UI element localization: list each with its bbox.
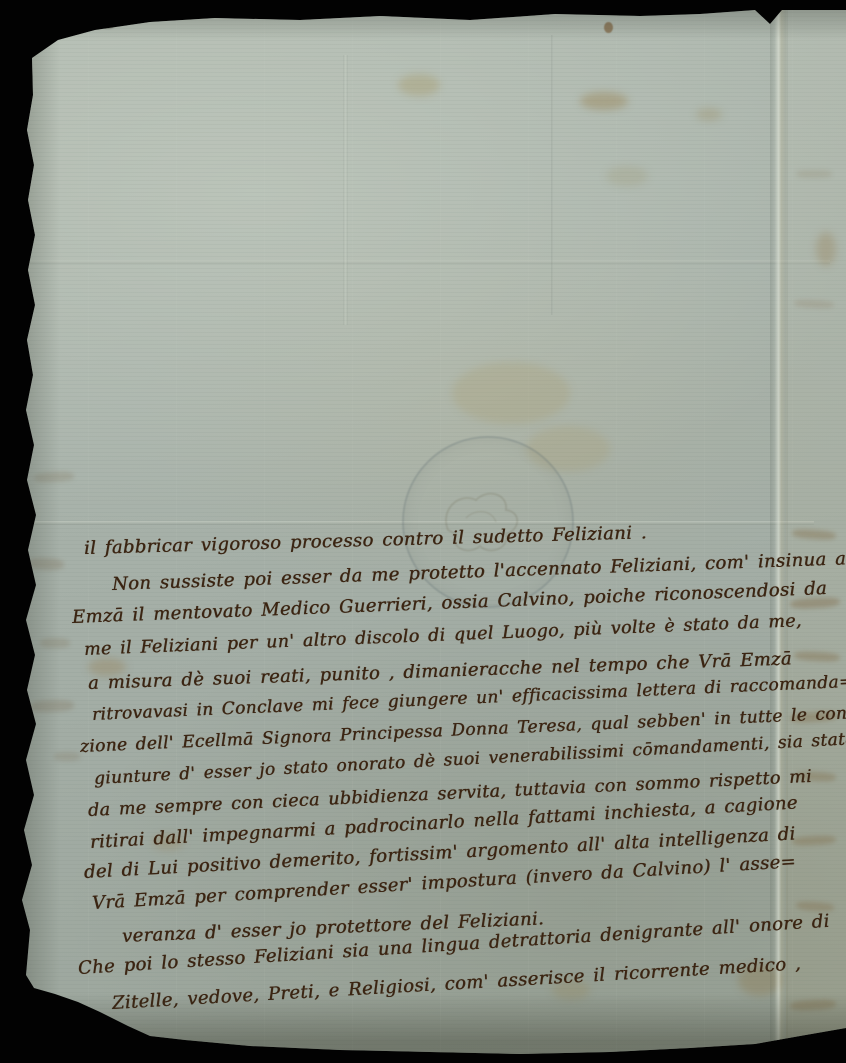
letter-sheet: il fabbricar vigoroso processo contro il…: [0, 0, 846, 1063]
bleedthrough-mark: [30, 699, 74, 713]
bleedthrough-mark: [796, 901, 835, 913]
paper-stain: [452, 362, 570, 424]
bleedthrough-mark: [792, 835, 836, 846]
manuscript-line: Zitelle, vedove, Preti, e Religiosi, com…: [111, 953, 801, 1014]
bleedthrough-mark: [794, 651, 840, 662]
bleedthrough-mark: [40, 638, 70, 648]
vertical-crease: [551, 35, 554, 315]
faint-embossed-circular-seal-icon: [402, 436, 574, 608]
bleedthrough-mark: [28, 557, 64, 570]
manuscript-line: ritrovavasi in Conclave mi fece giungere…: [92, 672, 846, 725]
adjacent-leaf-sliver: [786, 10, 846, 1050]
manuscript-line: me il Feliziani per un' altro discolo di…: [84, 611, 803, 660]
paper-stain: [526, 426, 610, 472]
manuscript-line: a misura dè suoi reati, punito , dimanie…: [88, 648, 793, 694]
manuscript-line: del di Lui positivo demerito, fortissim'…: [83, 823, 796, 883]
manuscript-line: Che poi lo stesso Feliziani sia una ling…: [77, 911, 830, 979]
bleedthrough-mark: [34, 471, 74, 483]
bleedthrough-mark: [790, 999, 836, 1011]
manuscript-line: Non sussiste poi esser da me protetto l'…: [112, 547, 846, 595]
vertical-crease: [343, 55, 348, 325]
bleedthrough-mark: [796, 771, 836, 782]
paper-stain: [580, 92, 628, 110]
manuscript-line: zione dell' Ecellmā Signora Principessa …: [80, 703, 846, 757]
bleedthrough-mark: [54, 752, 80, 761]
paper-stain: [398, 74, 440, 96]
manuscript-line: giunture d' esser jo stato onorato dè su…: [93, 729, 846, 789]
paper-stain: [696, 108, 722, 121]
ink-blot: [604, 22, 613, 33]
paper-stain: [152, 834, 184, 850]
manuscript-line: Emzā il mentovato Medico Guerrieri, ossi…: [72, 578, 828, 628]
bleedthrough-mark: [792, 528, 837, 540]
scanned-manuscript-page: il fabbricar vigoroso processo contro il…: [0, 0, 846, 1063]
manuscript-line: da me sempre con cieca ubbidienza servit…: [88, 767, 813, 821]
manuscript-line: Vrā Emzā per comprender esser' impostura…: [91, 851, 796, 914]
horizontal-fold-crease: [34, 521, 814, 525]
manuscript-line: il fabbricar vigoroso processo contro il…: [84, 522, 647, 559]
manuscript-line: ritirai dall' impegnarmi a padrocinarlo …: [89, 792, 798, 853]
paper-stain: [606, 166, 648, 186]
paper-stain: [88, 658, 126, 676]
manuscript-line: veranza d' esser jo protettore del Feliz…: [122, 908, 545, 947]
bleedthrough-mark: [796, 170, 832, 178]
paper-stain: [552, 980, 590, 1000]
bleedthrough-mark: [790, 710, 839, 723]
ink-blot: [100, 16, 116, 28]
bleedthrough-mark: [794, 299, 834, 309]
horizontal-fold-crease: [30, 260, 830, 264]
bleedthrough-mark: [790, 597, 840, 610]
